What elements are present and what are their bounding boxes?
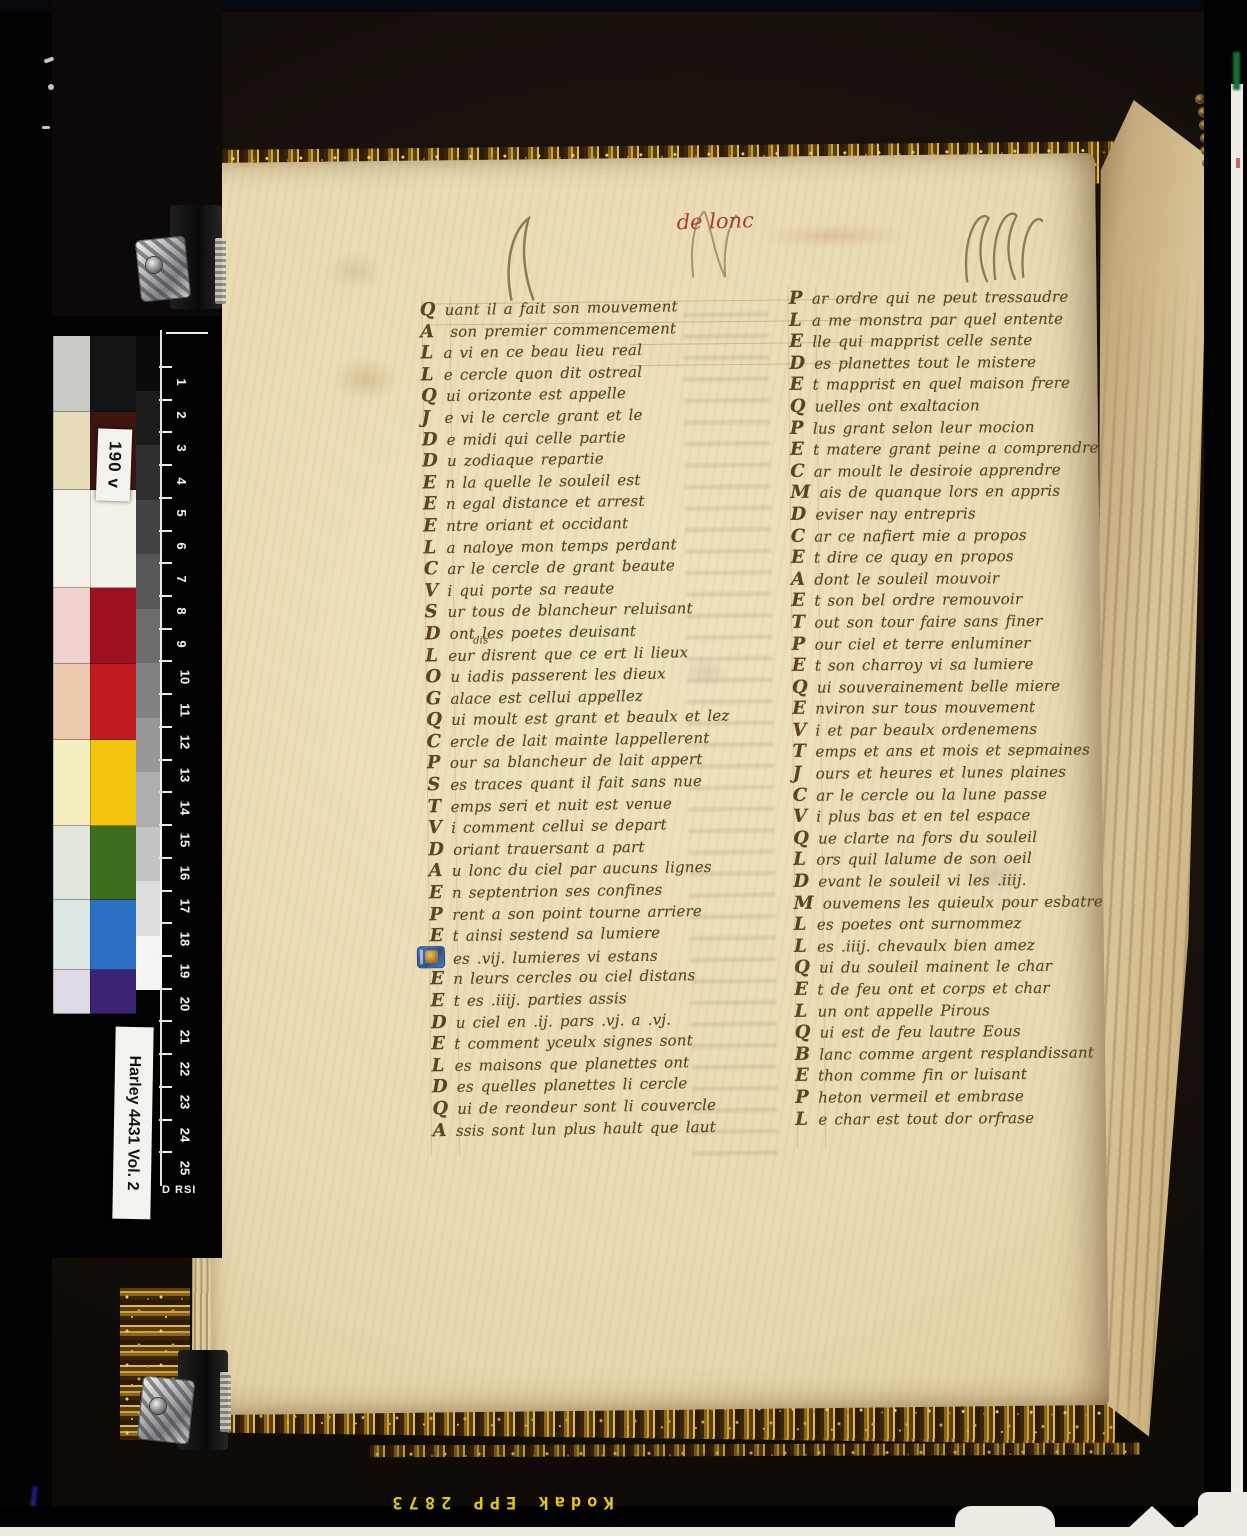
poem-line-text: t mapprist en quel maison frere: [813, 374, 1071, 394]
poem-line: Les maisons que planettes ont: [432, 1050, 772, 1077]
ruler-tick: 16: [166, 857, 216, 890]
line-initial: L: [794, 1000, 808, 1021]
line-initial: L: [794, 936, 808, 957]
poem-line-text: u ciel en .ij. pars .vj. a .vj.: [456, 1010, 672, 1031]
cadel-flourish-gutter: [684, 207, 745, 280]
color-patch: [53, 826, 90, 900]
color-patch-row: [53, 664, 136, 740]
ruler-number: 11: [177, 703, 192, 717]
line-initial: E: [422, 472, 436, 493]
poem-line: Et matere grant peine a comprendre: [790, 436, 1130, 460]
line-initial: E: [791, 590, 805, 611]
poem-line: Quelles ont exaltacion: [790, 393, 1130, 417]
line-initial: A: [428, 861, 442, 882]
color-patch: [90, 588, 136, 664]
poem-line-text: ercle de lait mainte lappellerent: [450, 729, 710, 751]
grayscale-step: [136, 663, 162, 718]
line-initial: D: [793, 871, 809, 892]
line-initial: G: [426, 688, 442, 709]
ruler-number: 14: [178, 800, 193, 814]
poem-line-text: es planettes tout le mistere: [814, 353, 1036, 373]
line-initial: E: [795, 1065, 809, 1086]
ruler-number: 22: [178, 1062, 193, 1076]
poem-line: Qui est de feu lautre Eous: [795, 1019, 1135, 1043]
poem-line: Deviser nay entrepris: [791, 501, 1131, 525]
line-initial: E: [792, 698, 806, 719]
line-initial: Q: [426, 709, 442, 730]
ruler-number: 12: [178, 735, 193, 749]
poem-line-text: e midi qui celle partie: [447, 428, 626, 449]
poem-line: Blanc comme argent resplandissant: [795, 1041, 1135, 1065]
poem-line: Tout son tour faire sans finer: [791, 609, 1131, 633]
poem-line: Vi qui porte sa reaute: [424, 575, 764, 602]
poem-line: Qui moult est grant et beaulx et lez: [426, 704, 766, 731]
poem-line-text: ui du souleil mainent le char: [819, 957, 1052, 977]
color-patch-row: [53, 588, 136, 664]
line-initial: L: [795, 1108, 809, 1129]
color-patch: [90, 826, 136, 900]
poem-line: Environ sur tous mouvement: [792, 695, 1132, 719]
poem-line: Ethon comme fin or luisant: [795, 1063, 1135, 1087]
color-patch: [90, 664, 136, 740]
poem-line: Devant le souleil vi les .iiij.: [793, 868, 1133, 892]
poem-line: Temps et ans et mois et sepmaines: [792, 739, 1132, 763]
ruler-number: 24: [178, 1128, 193, 1142]
grayscale-step: [136, 936, 162, 991]
poem-line: Temps seri et nuit est venue: [427, 791, 767, 818]
poem-line: Le cercle quon dit ostreal: [421, 359, 761, 386]
line-initial: P: [792, 633, 806, 654]
line-initial: P: [429, 904, 443, 925]
poem-line-text: i qui porte sa reaute: [447, 579, 614, 600]
line-initial: Q: [794, 957, 810, 978]
grayscale-strip: [136, 336, 162, 990]
line-initial: L: [789, 309, 803, 330]
poem-line-text: t son bel ordre remouvoir: [814, 590, 1022, 610]
poem-line-text: n egal distance et arrest: [446, 492, 645, 513]
poem-line: Lun ont appelle Pirous: [794, 998, 1134, 1022]
poem-line-text: ouvemens les quieulx pour esbatre: [823, 892, 1103, 912]
poem-line: Qui du souleil mainent le char: [794, 955, 1134, 979]
poem-line-text: ont les poetes deuisant: [450, 622, 637, 643]
ruler-tick: 12: [166, 726, 216, 759]
ruler-number: 4: [174, 477, 189, 484]
line-initial: C: [791, 525, 806, 546]
poem-line-text: dont le souleil mouvoir: [814, 569, 999, 588]
line-initial: B: [795, 1043, 811, 1064]
ruling-line: [815, 286, 826, 1148]
line-initial: P: [790, 417, 804, 438]
poem-line-text: rent a son point tourne arriere: [452, 902, 702, 924]
poem-line: Des planettes tout le mistere: [789, 350, 1129, 374]
poem-line: Et dire ce quay en propos: [791, 544, 1131, 568]
line-initial: Q: [792, 676, 808, 697]
line-initial: T: [792, 741, 806, 762]
poem-line: La me monstra par quel entente: [789, 307, 1129, 331]
line-initial: J: [793, 763, 807, 784]
line-initial: E: [430, 968, 444, 989]
poem-line-text: out son tour faire sans finer: [814, 612, 1042, 632]
ruler-number: 15: [178, 833, 193, 847]
ruler-tick: 24: [166, 1119, 216, 1152]
ruler-tick: 1: [166, 366, 216, 399]
poem-line: Plus grant selon leur mocion: [790, 415, 1130, 439]
poem-line: Pour ciel et terre enluminer: [792, 631, 1132, 655]
poem-line-text: thon comme fin or luisant: [818, 1065, 1027, 1085]
poem-line-text: heton vermeil et embrase: [818, 1087, 1024, 1107]
ruler-number: 2: [174, 411, 189, 418]
poem-line-text: our sa blancheur de lait appert: [450, 750, 703, 772]
page-clip-top-edge: [215, 238, 226, 304]
ruler-number: 18: [178, 931, 193, 945]
poem-line: Prent a son point tourne arriere: [429, 899, 769, 926]
line-initial: O: [425, 666, 441, 687]
line-initial: V: [424, 580, 438, 601]
poem-line-text: t matere grant peine a comprendre: [813, 439, 1099, 459]
ruler-number: 3: [174, 444, 189, 451]
line-initial: L: [432, 1055, 446, 1076]
ruling-line: [421, 296, 432, 1156]
color-patch-row: [53, 826, 136, 900]
poem-line: Lors quil lalume de son oeil: [793, 847, 1133, 871]
ruler-tick: 10: [166, 660, 216, 693]
poem-line-text: t comment yceulx signes sont: [454, 1031, 693, 1053]
line-initial: M: [794, 892, 814, 913]
line-initial: J: [421, 407, 435, 428]
poem-line: Je vi le cercle grant et le: [421, 402, 761, 429]
poem-line-text: u lonc du ciel par aucuns lignes: [452, 858, 712, 880]
poem-line-text: n septentrion ses confines: [452, 881, 663, 902]
ruler-tick: 13: [166, 759, 216, 792]
line-initial: V: [428, 817, 442, 838]
stain: [330, 356, 401, 403]
ruler-number: 9: [174, 640, 189, 647]
poem-line-text: lus grant selon leur mocion: [813, 417, 1035, 437]
ruler-number: 16: [178, 866, 193, 880]
poem-line: Adont le souleil mouvoir: [791, 566, 1131, 590]
line-initial: A: [791, 568, 805, 589]
ruler-tick: 9: [166, 628, 216, 661]
ruler-number: 6: [174, 542, 189, 549]
poem-line-text: e char est tout dor orfrase: [818, 1109, 1034, 1129]
poem-line-text: ur tous de blancheur reluisant: [447, 599, 692, 621]
poem-line: Galace est cellui appellez: [426, 683, 766, 710]
line-initial: Q: [432, 1098, 448, 1119]
ruler-number: 17: [178, 899, 193, 913]
poem-line-text: lanc comme argent resplandissant: [819, 1043, 1094, 1063]
poem-line: Du ciel en .ij. pars .vj. a .vj.: [431, 1007, 771, 1034]
grayscale-step: [136, 500, 162, 555]
poem-line-text: t son charroy vi sa lumiere: [815, 655, 1034, 675]
poem-line: Ou iadis passerent les dieux: [425, 661, 765, 688]
poem-line-text: alace est cellui appellez: [450, 687, 643, 708]
grayscale-step: [136, 827, 162, 882]
poem-line: Et comment yceulx signes sont: [431, 1028, 771, 1055]
poem-line-text: i et par beaulx ordenemens: [815, 720, 1037, 740]
poem-line-text: a vi en ce beau lieu real: [443, 341, 642, 362]
cadel-flourish-right: [960, 202, 1047, 287]
line-initial: E: [789, 331, 803, 352]
line-initial: Q: [793, 828, 809, 849]
ruler-number: 5: [174, 510, 189, 517]
ruler-scale: 1234567891011121314151617181920212223242…: [166, 366, 216, 1184]
poem-line: Car le cercle ou la lune passe: [793, 782, 1133, 806]
color-patch: [90, 336, 136, 412]
film-color-dot: [1236, 158, 1240, 168]
grayscale-step: [136, 609, 162, 664]
poem-line-text: a me monstra par quel entente: [812, 309, 1063, 329]
line-initial: V: [793, 806, 807, 827]
film-speck: [48, 84, 54, 90]
color-patch-row: [53, 490, 136, 588]
poem-line: Car ce nafiert mie a propos: [791, 523, 1131, 547]
poem-line: En septentrion ses confines: [429, 877, 769, 904]
poem-line-text: a naloye mon temps perdant: [446, 535, 676, 557]
poem-line-text: t de feu ont et corps et char: [817, 979, 1050, 999]
poem-line: Qui orizonte est appelle: [421, 380, 761, 407]
illuminated-initial: [418, 947, 444, 967]
poem-line: Leur disrent que ce ert li lieuxdis: [425, 639, 765, 666]
poem-line-text: ors quil lalume de son oeil: [816, 849, 1032, 869]
poem-line: Et es .iiij. parties assis: [431, 985, 771, 1012]
line-initial: L: [793, 849, 807, 870]
poem-line-text: ar ordre qui ne peut tressaudre: [812, 288, 1069, 308]
heading-offset-ghost: [759, 223, 909, 249]
poem-line-text: e vi le cercle grant et le: [444, 406, 642, 427]
ruler-tick: 20: [166, 988, 216, 1021]
color-patch: [53, 900, 90, 970]
poem-line-text: ue clarte na fors du souleil: [818, 828, 1037, 848]
color-patch: [53, 970, 90, 1014]
page-clip-bottom-edge: [220, 1372, 231, 1432]
poem-line-text: n leurs cercles ou ciel distans: [453, 967, 695, 989]
line-initial: M: [790, 482, 810, 503]
poem-line-text: uant il a fait son mouvement: [445, 297, 678, 319]
line-initial: E: [431, 990, 445, 1011]
color-patch-row: [53, 900, 136, 970]
poem-line: Ses traces quant il fait sans nue: [427, 769, 767, 796]
color-patch: [90, 740, 136, 826]
poem-line-text: ar le cercle de grant beaute: [447, 557, 675, 579]
poem-column-right: Par ordre qui ne peut tressaudreLa me mo…: [789, 285, 1136, 1130]
poem-line: Dont les poetes deuisant: [425, 618, 765, 645]
poem-line-text: es .vij. lumieres vi estans: [453, 947, 658, 968]
poem-line: Assis sont lun plus hault que laut: [433, 1114, 773, 1141]
interline-note: dis: [473, 635, 489, 646]
poem-line: Par ordre qui ne peut tressaudre: [789, 285, 1129, 309]
poem-line-text: es traces quant il fait sans nue: [450, 772, 702, 794]
poem-line: Et son bel ordre remouvoir: [791, 587, 1131, 611]
poem-line: En leurs cercles ou ciel distans: [430, 963, 770, 990]
poem-line: Quant il a fait son mouvement: [420, 294, 760, 321]
line-initial: S: [427, 774, 441, 795]
poem-line-text: oriant trauersant a part: [453, 838, 645, 859]
poem-line-text: u iadis passerent les dieux: [450, 665, 666, 686]
smudge: [684, 657, 728, 687]
line-initial: Q: [795, 1022, 811, 1043]
poem-line: En egal distance et arrest: [423, 488, 763, 515]
ruler-tick: 6: [166, 530, 216, 563]
ruling-line: [428, 298, 874, 304]
line-initial: C: [426, 731, 441, 752]
poem-line: Vi plus bas et en tel espace: [793, 803, 1133, 827]
poem-line: Le char est tout dor orfrase: [795, 1106, 1135, 1130]
poem-line-text: ui souverainement belle miere: [817, 676, 1061, 696]
poem-line-text: es poetes ont surnommez: [817, 914, 1022, 934]
line-initial: L: [794, 914, 808, 935]
poem-line: Qui de reondeur sont li couvercle: [432, 1093, 772, 1120]
film-speck: [42, 126, 50, 129]
ruler-number: 10: [178, 670, 193, 684]
poem-line-text: ui moult est grant et beaulx et lez: [451, 707, 730, 729]
poem-line-text: ntre oriant et occidant: [446, 514, 628, 535]
poem-line-text: ui est de feu lautre Eous: [820, 1022, 1021, 1042]
ruler-tick: 15: [166, 824, 216, 857]
running-title: de lonc: [676, 208, 754, 234]
poem-line-text: u zodiaque repartie: [447, 450, 604, 470]
folio-number-label: 190 v: [96, 428, 132, 501]
ruler-zero-tick: [166, 332, 208, 334]
poem-line: Les poetes ont surnommez: [794, 911, 1134, 935]
ruler-number: 25: [178, 1160, 193, 1174]
grayscale-step: [136, 772, 162, 827]
smudge: [966, 854, 1026, 895]
poem-line: Mais de quanque lors en appris: [790, 480, 1130, 504]
poem-line: Vi comment cellui se depart: [428, 812, 768, 839]
color-patch: [53, 740, 90, 826]
ruler-number: 21: [178, 1030, 193, 1044]
poem-line-text: i plus bas et en tel espace: [816, 806, 1030, 826]
ruling-line: [787, 286, 798, 1148]
line-initial: E: [423, 515, 437, 536]
line-initial: D: [425, 623, 441, 644]
line-initial: C: [424, 558, 439, 579]
poem-line-text: es .iiij. chevaulx bien amez: [817, 936, 1035, 956]
line-initial: D: [431, 1012, 447, 1033]
poem-line: Au lonc du ciel par aucuns lignes: [428, 855, 768, 882]
poem-line-text: evant le souleil vi les .iiij.: [818, 871, 1027, 891]
ruler-number: 23: [178, 1095, 193, 1109]
poem-line-text: ssis sont lun plus hault que laut: [456, 1117, 716, 1139]
poem-line-text: e cercle quon dit ostreal: [444, 363, 643, 384]
poem-line-text: nviron sur tous mouvement: [815, 698, 1035, 718]
poem-line: Car le cercle de grant beaute: [424, 553, 764, 580]
line-initial: D: [791, 504, 807, 525]
line-initial: Q: [421, 385, 437, 406]
poem-line: Pour sa blancheur de lait appert: [427, 747, 767, 774]
cadel-flourish-left: [499, 214, 550, 303]
ruler-tick: 18: [166, 922, 216, 955]
manuscript-page-verso: de lonc Quant il a fait son mouvementA s…: [198, 153, 1109, 1415]
ruling-line: [630, 362, 874, 366]
color-patch: [53, 664, 90, 740]
poem-line-text: es maisons que planettes ont: [455, 1053, 690, 1075]
poem-line-text: t es .iiij. parties assis: [454, 989, 627, 1010]
manuscript-photo: de lonc Quant il a fait son mouvementA s…: [0, 0, 1247, 1536]
poem-line: La vi en ce beau lieu real: [420, 337, 760, 364]
ruler-number: 1: [174, 379, 189, 386]
ruler-number: 13: [178, 768, 193, 782]
ruling-line: [630, 341, 874, 345]
line-initial: Q: [790, 396, 806, 417]
poem-line-text: t dire ce quay en propos: [814, 547, 1014, 567]
line-initial: E: [792, 655, 806, 676]
line-initial: A: [433, 1120, 447, 1141]
poem-line: Que clarte na fors du souleil: [793, 825, 1133, 849]
poem-line-text: ais de quanque lors en appris: [820, 482, 1061, 502]
poem-line: En la quelle le souleil est: [422, 467, 762, 494]
line-initial: D: [789, 352, 805, 373]
color-patch: [53, 588, 90, 664]
ruler-tick: 19: [166, 955, 216, 988]
line-initial: E: [429, 925, 443, 946]
page-clip-top-clamp: [135, 236, 191, 303]
poem-line: Et ainsi sestend sa lumiere: [429, 920, 769, 947]
line-initial: D: [432, 1076, 448, 1097]
line-initial: E: [431, 1033, 445, 1054]
film-white-margin-right: [1231, 84, 1243, 1536]
ruler-tick: 22: [166, 1053, 216, 1086]
film-stock-label: Kodak EPP 2873: [330, 1486, 670, 1512]
color-patch: [53, 490, 90, 588]
line-initial: E: [794, 979, 808, 1000]
line-initial: E: [423, 493, 437, 514]
poem-line: Et mapprist en quel maison frere: [790, 372, 1130, 396]
poem-line: Des quelles planettes li cercle: [432, 1071, 772, 1098]
line-initial: E: [791, 547, 805, 568]
ruler-tick: 7: [166, 562, 216, 595]
line-initial: D: [422, 429, 438, 450]
ruler-number: 19: [178, 964, 193, 978]
line-initial: L: [425, 645, 439, 666]
poem-line-text: ar ce nafiert mie a propos: [814, 526, 1027, 546]
poem-line-text: i comment cellui se depart: [451, 816, 667, 837]
poem-line: Qui souverainement belle miere: [792, 674, 1132, 698]
ruler-tick: 3: [166, 431, 216, 464]
poem-line: Entre oriant et occidant: [423, 510, 763, 537]
poem-column-left: Quant il a fait son mouvementA son premi…: [420, 294, 773, 1141]
line-initial: P: [789, 288, 803, 309]
grayscale-step: [136, 336, 162, 391]
line-initial: P: [795, 1087, 809, 1108]
poem-line: Et son charroy vi sa lumiere: [792, 652, 1132, 676]
line-initial: T: [791, 612, 805, 633]
line-initial: Q: [420, 299, 436, 320]
poem-line-text: eur disrent que ce ert li lieux: [448, 643, 688, 665]
ruler-tick: 25: [166, 1151, 216, 1184]
poem-line-text: eviser nay entrepris: [815, 504, 976, 523]
poem-line: Pheton vermeil et embrase: [795, 1084, 1135, 1108]
line-initial: T: [427, 796, 441, 817]
poem-line: Car moult le desiroie apprendre: [790, 458, 1130, 482]
poem-line-text: n la quelle le souleil est: [445, 471, 640, 492]
poem-line: es .vij. lumieres vi estans: [430, 942, 770, 969]
poem-line: Doriant trauersant a part: [428, 834, 768, 861]
ruler-tick: 21: [166, 1020, 216, 1053]
shelfmark-label: Harley 4431 Vol. 2: [112, 1027, 153, 1220]
line-initial: P: [427, 753, 441, 774]
line-initial: D: [428, 839, 444, 860]
color-patch-row: [53, 970, 136, 1014]
poem-line-text: emps et ans et mois et sepmaines: [815, 741, 1090, 761]
ruler-tick: 17: [166, 890, 216, 923]
ruler-tick: 5: [166, 497, 216, 530]
color-patch: [53, 336, 90, 412]
poem-line: Cercle de lait mainte lappellerent: [426, 726, 766, 753]
poem-line-text: lle qui mapprist celle sente: [812, 331, 1032, 351]
ruling-line: [428, 319, 874, 325]
color-patch-row: [53, 336, 136, 412]
